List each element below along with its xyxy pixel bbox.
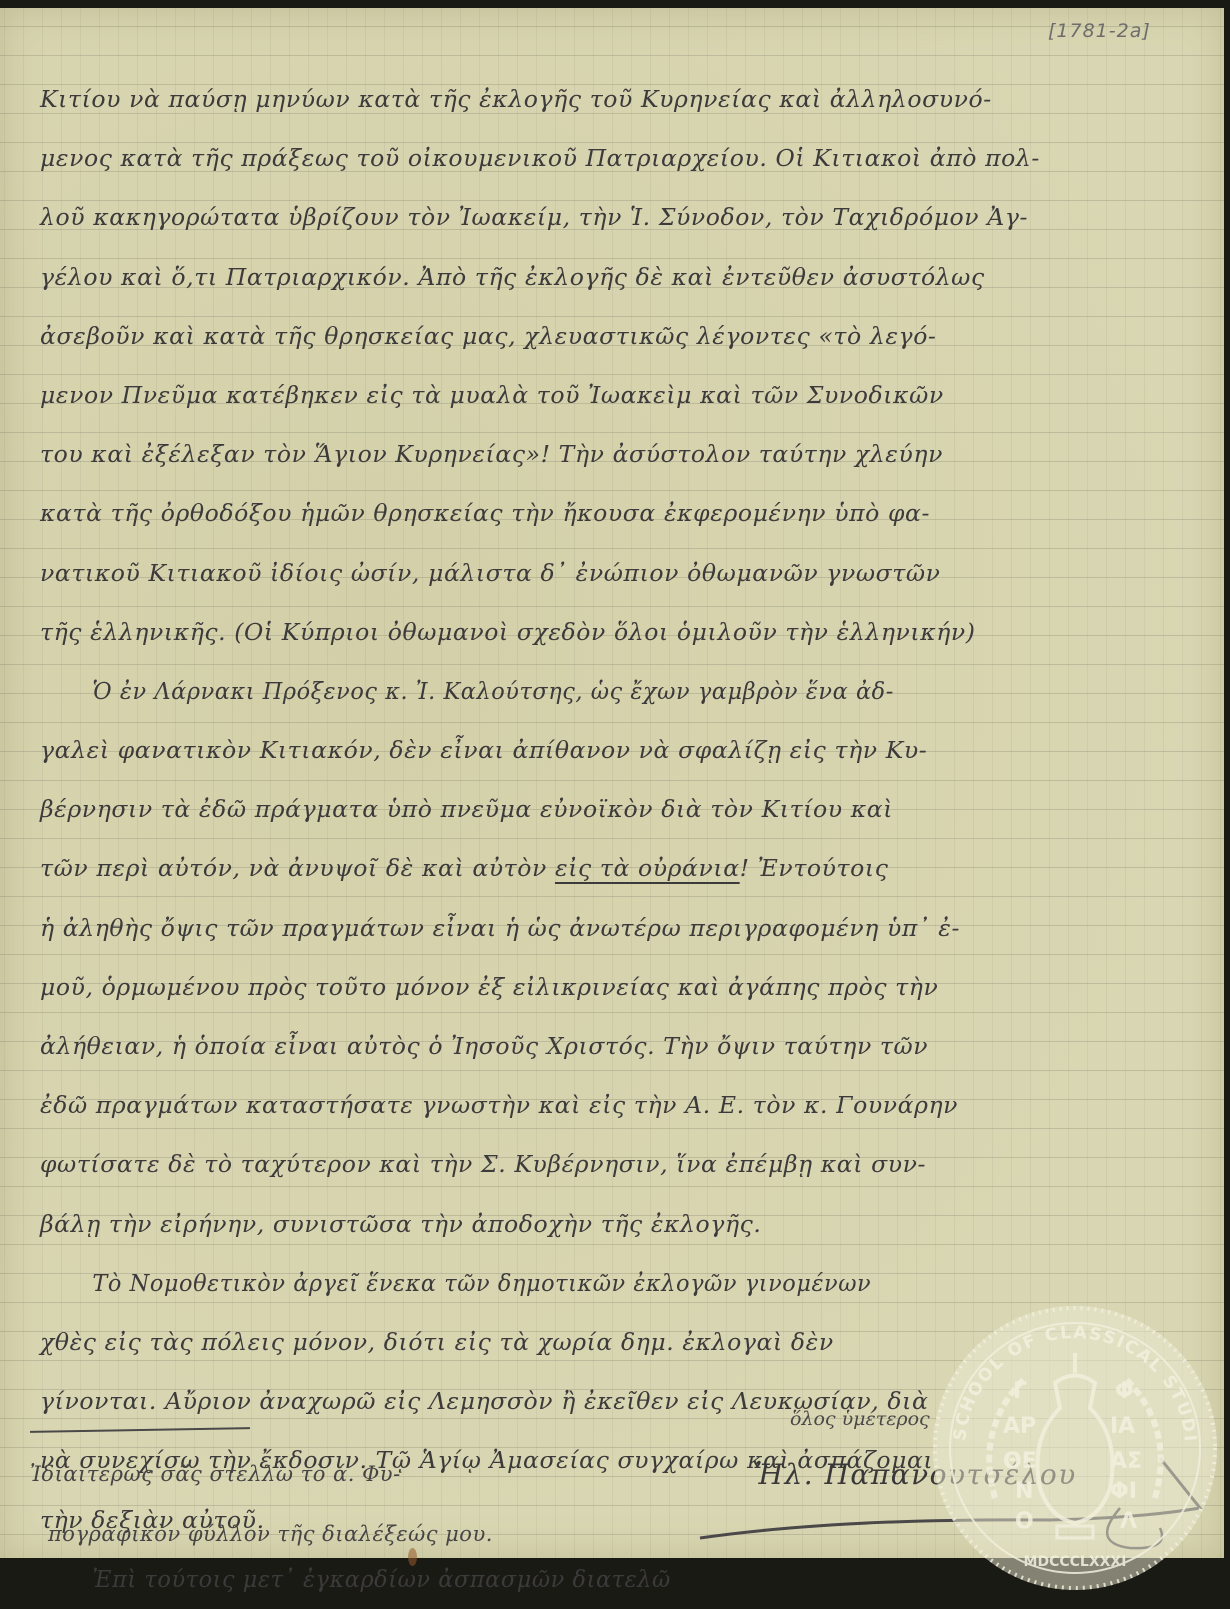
body-line: βέρνησιν τὰ ἐδῶ πράγματα ὑπὸ πνεῦμα εὐνο… bbox=[40, 780, 1215, 839]
body-line: Κιτίου νὰ παύσῃ μηνύων κατὰ τῆς ἐκλογῆς … bbox=[40, 70, 1215, 129]
svg-text:Ο: Ο bbox=[1015, 1509, 1034, 1534]
body-line: μενος κατὰ τῆς πράξεως τοῦ οἰκουμενικοῦ … bbox=[40, 129, 1215, 188]
body-line: ἀλήθειαν, ἡ ὁποία εἶναι αὐτὸς ὁ Ἰησοῦς Χ… bbox=[40, 1017, 1215, 1076]
body-line: γέλου καὶ ὅ,τι Πατριαρχικόν. Ἀπὸ τῆς ἐκλ… bbox=[40, 248, 1215, 307]
body-line: Ὁ ἐν Λάρνακι Πρόξενος κ. Ἰ. Καλούτσης, ὡ… bbox=[40, 662, 1160, 721]
svg-text:Φ: Φ bbox=[1115, 1379, 1134, 1404]
body-line: του καὶ ἐξέλεξαν τὸν Ἅγιον Κυρηνείας»! Τ… bbox=[40, 425, 1215, 484]
body-line: μοῦ, ὁρμωμένου πρὸς τοῦτο μόνον ἐξ εἰλικ… bbox=[40, 958, 1215, 1017]
postscript: Ἰδιαιτέρως σᾶς στέλλω τὸ ά. Φυ- πογραφικ… bbox=[30, 1448, 590, 1568]
body-line: ἐδῶ πραγμάτων καταστήσατε γνωστὴν καὶ εἰ… bbox=[40, 1076, 1215, 1135]
postscript-line: πογραφικὸν φύλλον τῆς διαλέξεώς μου. bbox=[30, 1508, 590, 1568]
closing-phrase: ὅλος ὑμέτερος bbox=[790, 1408, 930, 1430]
body-line: γαλεὶ φανατικὸν Κιτιακόν, δὲν εἶναι ἀπίθ… bbox=[40, 721, 1215, 780]
body-line: φωτίσατε δὲ τὸ ταχύτερον καὶ τὴν Σ. Κυβέ… bbox=[40, 1135, 1215, 1194]
svg-text:ΑΣ: ΑΣ bbox=[1110, 1449, 1142, 1474]
embossed-seal-icon: SCHOOL OF CLASSICAL STUDIES AT Γ ΑΡ ΘΕ Ν… bbox=[925, 1298, 1225, 1570]
svg-text:Ν: Ν bbox=[1015, 1479, 1033, 1504]
body-line: ἡ ἀληθὴς ὄψις τῶν πραγμάτων εἶναι ἡ ὡς ἀ… bbox=[40, 899, 1215, 958]
svg-text:ΦΙ: ΦΙ bbox=[1110, 1479, 1137, 1504]
ink-stain bbox=[408, 1548, 417, 1566]
body-line: νατικοῦ Κιτιακοῦ ἰδίοις ὠσίν, μάλιστα δ᾽… bbox=[40, 544, 1215, 603]
body-line: ἀσεβοῦν καὶ κατὰ τῆς θρησκείας μας, χλευ… bbox=[40, 307, 1215, 366]
letter-page: [1781-2a] Κιτίου νὰ παύσῃ μηνύων κατὰ τῆ… bbox=[0, 8, 1224, 1558]
body-line-with-underline: τῶν περὶ αὐτόν, νὰ ἀνυψοῖ δὲ καὶ αὐτὸν ε… bbox=[40, 839, 1215, 898]
svg-text:ΙΑ: ΙΑ bbox=[1110, 1414, 1135, 1439]
body-line: κατὰ τῆς ὀρθοδόξου ἡμῶν θρησκείας τὴν ἤκ… bbox=[40, 484, 1215, 543]
body-line: βάλῃ τὴν εἰρήνην, συνιστῶσα τὴν ἀποδοχὴν… bbox=[40, 1195, 1215, 1254]
body-line: τῆς ἑλληνικῆς. (Οἱ Κύπριοι ὀθωμανοὶ σχεδ… bbox=[40, 603, 1215, 662]
body-line: μενον Πνεῦμα κατέβηκεν εἰς τὰ μυαλὰ τοῦ … bbox=[40, 366, 1215, 425]
underlined-phrase: εἰς τὰ οὐράνια bbox=[555, 854, 740, 882]
body-line: λοῦ κακηγορώτατα ὑβρίζουν τὸν Ἰωακείμ, τ… bbox=[40, 188, 1215, 247]
svg-text:ΑΡ: ΑΡ bbox=[1003, 1414, 1036, 1439]
body-line-start: τῶν περὶ αὐτόν, νὰ ἀνυψοῖ δὲ καὶ αὐτὸν bbox=[40, 854, 555, 882]
svg-text:Λ: Λ bbox=[1120, 1509, 1137, 1534]
archive-reference: [1781-2a] bbox=[1048, 20, 1151, 42]
seal-year: MDCCCLXXXI bbox=[1024, 1554, 1127, 1570]
svg-text:ΘΕ: ΘΕ bbox=[1003, 1449, 1037, 1474]
postscript-line: Ἰδιαιτέρως σᾶς στέλλω τὸ ά. Φυ- bbox=[30, 1448, 590, 1508]
svg-text:Γ: Γ bbox=[1013, 1379, 1027, 1404]
body-line-end: ! Ἐντούτοις bbox=[740, 854, 889, 882]
